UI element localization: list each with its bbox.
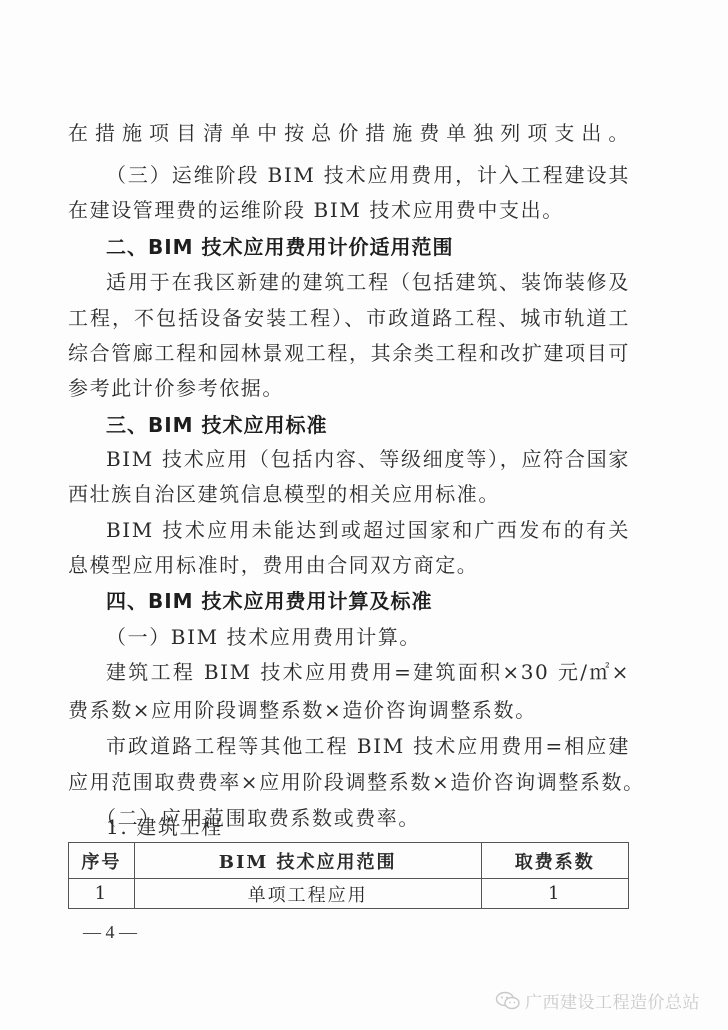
paragraph-line: 工程，不包括设备安装工程）、市政道路工程、城市轨道工程、 bbox=[68, 306, 630, 330]
paragraph-line: 适用于在我区新建的建筑工程（包括建筑、装饰装修及安装 bbox=[106, 270, 630, 294]
paragraph-line: 综合管廊工程和园林景观工程，其余类工程和改扩建项目可酌情 bbox=[68, 341, 630, 365]
document-page: 在措施项目清单中按总价措施费单独列项支出。 （三）运维阶段 BIM 技术应用费用… bbox=[0, 0, 728, 1030]
cell-no: 1 bbox=[69, 879, 135, 909]
column-header-no: 序号 bbox=[69, 843, 135, 879]
paragraph-line: 西壮族自治区建筑信息模型的相关应用标准。 bbox=[68, 482, 630, 506]
page-number: — 4 — bbox=[83, 922, 137, 943]
formula-line: 应用范围取费费率×应用阶段调整系数×造价咨询调整系数。 bbox=[68, 770, 630, 794]
paragraph-line: 在措施项目清单中按总价措施费单独列项支出。 bbox=[68, 121, 630, 145]
paragraph-line: （三）运维阶段 BIM 技术应用费用，计入工程建设其他费用， bbox=[106, 163, 630, 187]
section-heading-2: 二、BIM 技术应用费用计价适用范围 bbox=[106, 235, 630, 259]
section-heading-4: 四、BIM 技术应用费用计算及标准 bbox=[106, 589, 630, 613]
watermark-text: 广西建设工程造价总站 bbox=[525, 988, 700, 1013]
paragraph-line: BIM 技术应用（包括内容、等级细度等），应符合国家和广 bbox=[106, 447, 630, 471]
table-row: 1 单项工程应用 1 bbox=[69, 879, 629, 909]
formula-line: 建筑工程 BIM 技术应用费用=建筑面积×30 元/㎡×应用范围取 bbox=[106, 660, 630, 684]
wechat-icon bbox=[495, 991, 521, 1011]
paragraph-line: BIM 技术应用未能达到或超过国家和广西发布的有关建筑信 bbox=[106, 518, 630, 542]
paragraph-line: 息模型应用标准时，费用由合同双方商定。 bbox=[68, 553, 630, 577]
paragraph-line: 参考此计价参考依据。 bbox=[68, 376, 630, 400]
list-item-heading: 1. 建筑工程 bbox=[106, 815, 668, 839]
formula-line: 市政道路工程等其他工程 BIM 技术应用费用=相应建安造价× bbox=[106, 734, 630, 758]
fee-coefficient-table: 序号 BIM 技术应用范围 取费系数 1 单项工程应用 1 bbox=[68, 842, 629, 909]
column-header-scope: BIM 技术应用范围 bbox=[134, 843, 481, 879]
formula-line: 费系数×应用阶段调整系数×造价咨询调整系数。 bbox=[68, 698, 630, 722]
paragraph-line: 在建设管理费的运维阶段 BIM 技术应用费中支出。 bbox=[68, 198, 630, 222]
subsection-heading: （一）BIM 技术应用费用计算。 bbox=[106, 625, 630, 649]
source-watermark: 广西建设工程造价总站 bbox=[495, 988, 700, 1013]
cell-scope: 单项工程应用 bbox=[134, 879, 481, 909]
table-header-row: 序号 BIM 技术应用范围 取费系数 bbox=[69, 843, 629, 879]
column-header-coefficient: 取费系数 bbox=[481, 843, 628, 879]
cell-coefficient: 1 bbox=[481, 879, 628, 909]
section-heading-3: 三、BIM 技术应用标准 bbox=[106, 413, 630, 437]
